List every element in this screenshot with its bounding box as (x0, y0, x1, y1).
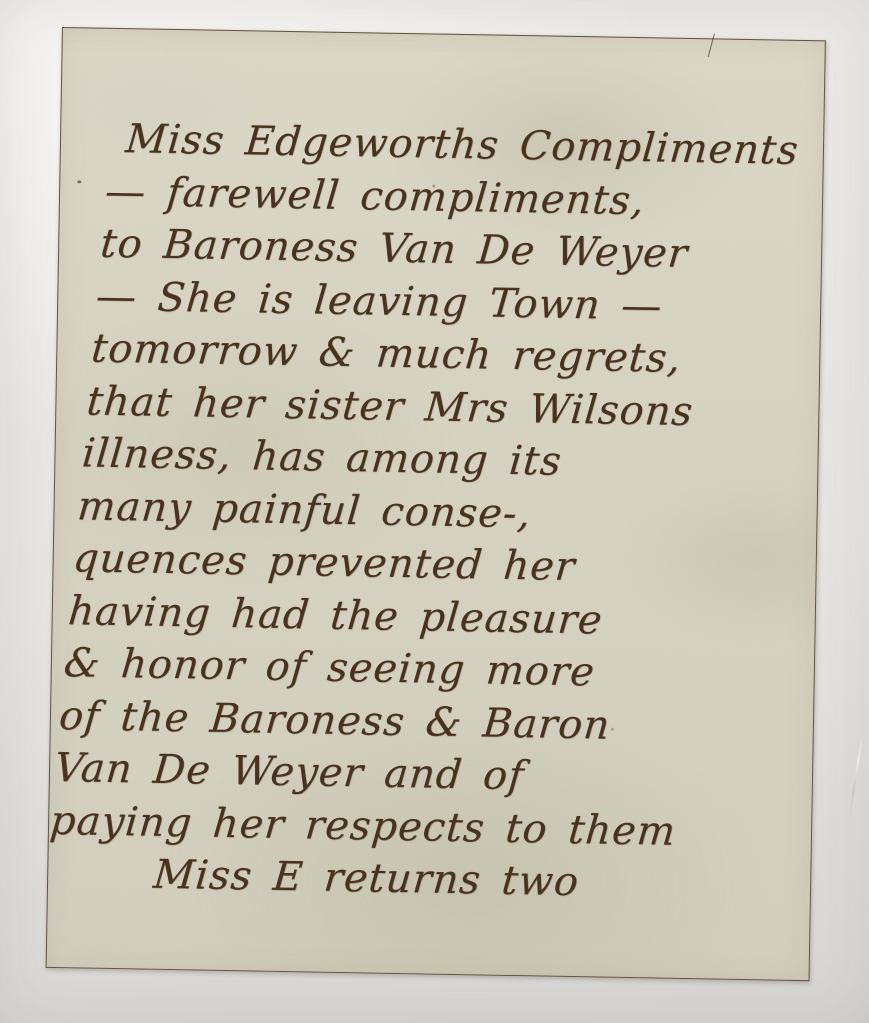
letter-paper: Miss Edgeworths Compliments — farewell c… (46, 27, 826, 981)
photo-background: Miss Edgeworths Compliments — farewell c… (0, 0, 869, 1023)
background-crease (848, 733, 863, 817)
letter-body: Miss Edgeworths Compliments — farewell c… (17, 29, 855, 913)
